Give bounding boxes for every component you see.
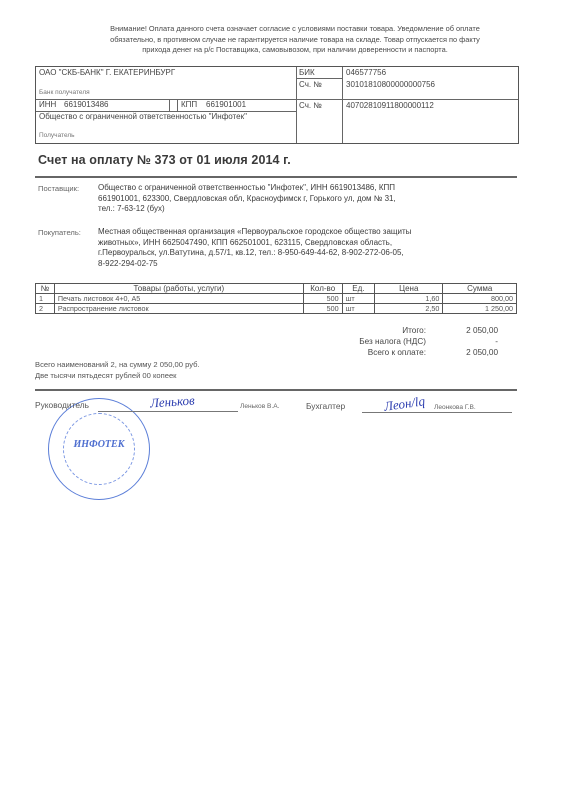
director-sign-line: [98, 411, 238, 412]
bank-details-table: ОАО "СКБ-БАНК" Г. ЕКАТЕРИНБУРГ Банк полу…: [35, 66, 519, 144]
bik-value: 046577756: [346, 68, 386, 77]
notice-line-3: прихода денег на р/с Поставщика, самовыв…: [70, 45, 520, 56]
recipient-label: Получатель: [39, 132, 75, 139]
supplier-label: Поставщик:: [38, 184, 79, 193]
accountant-name: Леонкова Г.В.: [434, 404, 476, 411]
row-price: 1,60: [375, 294, 443, 304]
supplier-line-2: 661901001, 623300, Свердловская обл, Кра…: [98, 194, 396, 205]
totals-block: Итого: 2 050,00 Без налога (НДС) - Всего…: [320, 325, 498, 358]
bik-label: БИК: [299, 68, 315, 77]
row-name: Распространение листовок: [54, 304, 303, 314]
due-value: 2 050,00: [446, 347, 498, 358]
items-table: № Товары (работы, услуги) Кол-во Ед. Цен…: [35, 283, 517, 314]
row-qty: 500: [303, 294, 342, 304]
account-value: 40702810911800000112: [346, 101, 434, 110]
supplier-line-1: Общество с ограниченной ответственностью…: [98, 183, 396, 194]
supplier-line-3: тел.: 7-63-12 (бух): [98, 204, 396, 215]
row-unit: шт: [342, 294, 375, 304]
corr-account-label: Сч. №: [299, 80, 322, 89]
buyer-line-2: животных», ИНН 6625047490, КПП 662501001…: [98, 238, 411, 249]
row-sum: 1 250,00: [443, 304, 517, 314]
inn-label: ИНН: [39, 100, 56, 109]
divider: [296, 78, 342, 79]
buyer-details: Местная общественная организация «Первоу…: [98, 227, 411, 269]
corr-account-value: 30101810800000000756: [346, 80, 435, 89]
vat-label: Без налога (НДС): [320, 336, 446, 347]
col-unit: Ед.: [342, 284, 375, 294]
accountant-label: Бухгалтер: [306, 401, 345, 411]
account-label: Сч. №: [299, 101, 322, 110]
row-name: Печать листовок 4+0, А5: [54, 294, 303, 304]
notice-line-2: обязательно, в противном случае не гаран…: [70, 35, 520, 46]
summary-underline: [35, 389, 517, 391]
due-label: Всего к оплате:: [320, 347, 446, 358]
buyer-line-4: 8-922-294-02-75: [98, 259, 411, 270]
stamp-center-text: ИНФОТЕК: [49, 439, 149, 450]
divider: [296, 99, 518, 100]
row-num: 2: [36, 304, 55, 314]
notice-line-1: Внимание! Оплата данного счета означает …: [70, 24, 520, 35]
col-sum: Сумма: [443, 284, 517, 294]
divider: [342, 67, 343, 143]
payment-notice: Внимание! Оплата данного счета означает …: [70, 24, 520, 56]
kpp-label: КПП: [181, 100, 197, 109]
col-num: №: [36, 284, 55, 294]
total-row: Итого: 2 050,00: [320, 325, 498, 336]
items-header-row: № Товары (работы, услуги) Кол-во Ед. Цен…: [36, 284, 517, 294]
supplier-details: Общество с ограниченной ответственностью…: [98, 183, 396, 215]
col-name: Товары (работы, услуги): [54, 284, 303, 294]
col-qty: Кол-во: [303, 284, 342, 294]
row-sum: 800,00: [443, 294, 517, 304]
table-row: 1 Печать листовок 4+0, А5 500 шт 1,60 80…: [36, 294, 517, 304]
divider: [177, 99, 178, 111]
summary-count: Всего наименований 2, на сумму 2 050,00 …: [35, 360, 200, 369]
director-label: Руководитель: [35, 400, 89, 410]
total-label: Итого:: [320, 325, 446, 336]
buyer-label: Покупатель:: [38, 228, 81, 237]
row-num: 1: [36, 294, 55, 304]
col-price: Цена: [375, 284, 443, 294]
divider: [169, 99, 170, 111]
buyer-line-1: Местная общественная организация «Первоу…: [98, 227, 411, 238]
row-unit: шт: [342, 304, 375, 314]
kpp-value: 661901001: [206, 100, 246, 109]
company-stamp: ИНФОТЕК: [48, 398, 150, 500]
table-row: 2 Распространение листовок 500 шт 2,50 1…: [36, 304, 517, 314]
vat-row: Без налога (НДС) -: [320, 336, 498, 347]
title-underline: [35, 176, 517, 178]
buyer-line-3: г.Первоуральск, ул.Ватутина, д.57/1, кв.…: [98, 248, 411, 259]
row-price: 2,50: [375, 304, 443, 314]
director-name: Леньков В.А.: [240, 403, 280, 410]
due-row: Всего к оплате: 2 050,00: [320, 347, 498, 358]
director-signature: Леньков: [149, 392, 195, 411]
invoice-title: Счет на оплату № 373 от 01 июля 2014 г.: [38, 153, 291, 167]
total-value: 2 050,00: [446, 325, 498, 336]
row-qty: 500: [303, 304, 342, 314]
bank-name: ОАО "СКБ-БАНК" Г. ЕКАТЕРИНБУРГ: [39, 68, 175, 77]
summary-words: Две тысячи пятьдесят рублей 00 копеек: [35, 371, 177, 380]
bank-label: Банк получателя: [39, 89, 90, 96]
recipient-name: Общество с ограниченной ответственностью…: [39, 112, 247, 121]
inn-value: 6619013486: [64, 100, 109, 109]
vat-value: -: [446, 336, 498, 347]
